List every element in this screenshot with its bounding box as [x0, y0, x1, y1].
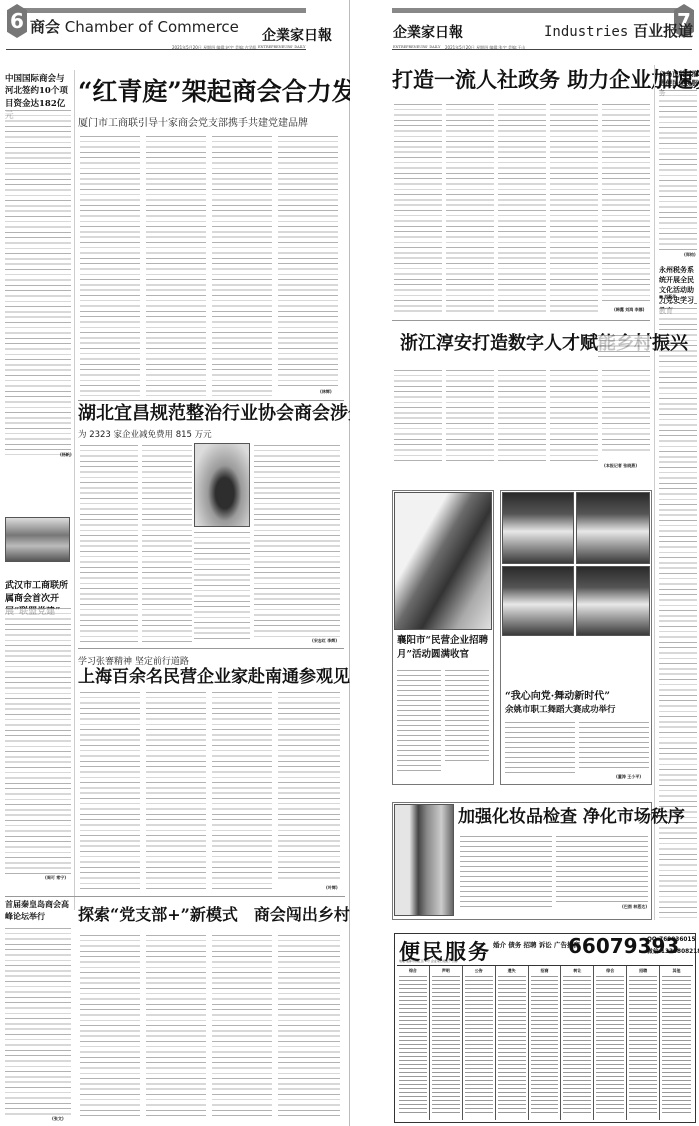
- side-story-2-photo: [5, 517, 70, 562]
- classifieds-listing: [596, 976, 624, 1116]
- lead-story-body-col2: [446, 104, 494, 314]
- story-3-body-col1: [460, 836, 552, 908]
- story-4-body-col2: [146, 935, 206, 1120]
- side-story-3-byline: (张文): [52, 1116, 64, 1122]
- section-title: 商会 Chamber of Commerce: [30, 16, 239, 37]
- side-story-2-byline: ■ 刘新华: [659, 294, 676, 300]
- story-3-headline: 加强化妆品检查 净化市场秩序: [458, 808, 685, 827]
- lead-story-subhead: 厦门市工商联引导十家商会党支部携手共建党建品牌: [78, 114, 308, 129]
- photo-story-2-subhead: 余姚市职工舞蹈大赛成功举行: [505, 704, 650, 716]
- photo-story-2-photo-2: [576, 492, 650, 564]
- section-title-cn: 百业报道: [633, 22, 693, 40]
- masthead-rule: [6, 49, 306, 50]
- classifieds-column: 遗失: [496, 966, 529, 1120]
- classifieds-column: 招商: [529, 966, 562, 1120]
- story-3-body-col2: [556, 836, 648, 902]
- lead-story-headline: 打造一流人社政务 助力企业加速发展: [392, 68, 699, 91]
- side-story-3-headline: 首届秦皇岛商会高峰论坛举行: [5, 899, 71, 922]
- newspaper-logo: 企業家日報: [262, 25, 332, 45]
- side-story-1-body: [659, 90, 697, 250]
- dashed-rule: [659, 303, 697, 304]
- story-2-body-col2: [446, 370, 494, 462]
- issue-meta: 2021年5月20日 星期四 编辑:赵宇 美编:吉学彪: [172, 45, 256, 51]
- section-rule: [5, 896, 345, 897]
- story-2-body-col1: [80, 445, 138, 645]
- story-2-body-col2: [142, 445, 192, 645]
- classifieds-column-head: 招聘: [629, 968, 657, 974]
- classifieds-listing: [629, 976, 657, 1116]
- masthead-bar: [392, 8, 682, 13]
- classifieds-categories: 婚介 债务 招聘 诉讼 广告招商: [493, 940, 580, 949]
- classifieds-panel: 便民服务 婚介 债务 招聘 诉讼 广告招商 66079393 QQ:769036…: [394, 933, 696, 1123]
- story-2-photo: [194, 443, 250, 527]
- photo-story-1-body-col2: [445, 670, 489, 765]
- section-rule: [392, 320, 650, 321]
- lead-story-body-col3: [212, 136, 272, 396]
- classifieds-listing: [498, 976, 526, 1116]
- newspaper-logo-en: ENTREPRENEURS' DAILY: [258, 45, 306, 49]
- story-3-headline: 上海百余名民营企业家赴南通参观见学: [78, 668, 367, 687]
- side-story-1-byline: (杨帆): [60, 452, 72, 458]
- section-rule: [78, 400, 344, 401]
- story-3-body-col1: [80, 692, 140, 892]
- classifieds-column: 招聘: [627, 966, 660, 1120]
- classifieds-column-head: 综合: [596, 968, 624, 974]
- section-title-en: Chamber of Commerce: [65, 18, 239, 36]
- story-3-byline: (巴图 林恩达): [622, 904, 647, 910]
- photo-story-1-body-col1: [397, 670, 441, 775]
- lead-story-body-col5: [602, 104, 650, 304]
- story-2-body-col1: [394, 370, 442, 462]
- story-2-body-col3: [498, 370, 546, 462]
- left-page: 6 商会 Chamber of Commerce 2021年5月20日 星期四 …: [0, 0, 350, 1126]
- classifieds-column-head: 招商: [531, 968, 559, 974]
- photo-story-2-photo-4: [576, 566, 650, 636]
- lead-story-body-col1: [394, 104, 442, 314]
- lead-story-byline: (林辉): [320, 389, 332, 395]
- classifieds-column-head: 遗失: [498, 968, 526, 974]
- story-4-body-col1: [80, 935, 140, 1120]
- story-2-byline: (本报记者 张晓燕): [604, 463, 637, 469]
- side-story-2-body: [5, 608, 71, 878]
- photo-story-2-body-col2: [579, 722, 649, 772]
- classifieds-column: 转让: [561, 966, 594, 1120]
- photo-story-1-headline: 襄阳市“民营企业招聘月”活动圆满收官: [397, 634, 492, 662]
- column-divider: [654, 65, 655, 920]
- lead-story-body-col4: [278, 136, 338, 386]
- column-divider: [74, 70, 75, 910]
- classifieds-listing: [531, 976, 559, 1116]
- classifieds-column: 综合: [594, 966, 627, 1120]
- newspaper-logo-en: ENTREPRENEURS' DAILY: [393, 45, 441, 49]
- classifieds-listing: [563, 976, 591, 1116]
- story-4-body-col4: [278, 935, 340, 1120]
- story-3-photo: [394, 804, 454, 916]
- lead-story-body-col2: [146, 136, 206, 396]
- story-3-body-col2: [146, 692, 206, 892]
- story-4-body-col3: [212, 935, 272, 1120]
- classifieds-column: 综合: [397, 966, 430, 1120]
- photo-story-2-body-col1: [505, 722, 575, 777]
- masthead-rule: [392, 49, 692, 50]
- section-title-cn: 商会: [30, 18, 60, 36]
- classifieds-column: 声明: [430, 966, 463, 1120]
- photo-story-2-byline: (董涛 王小平): [616, 774, 641, 780]
- section-rule: [78, 648, 344, 649]
- section-title: Industries 百业报道: [544, 20, 693, 41]
- side-story-1-byline: (郑钧): [684, 252, 696, 258]
- story-3-byline: (叶辉): [326, 885, 338, 891]
- classifieds-column: 其他: [660, 966, 693, 1120]
- story-3-body-col3: [212, 692, 272, 892]
- classifieds-column-head: 其他: [662, 968, 691, 974]
- page-number-badge: 6: [7, 4, 27, 38]
- side-story-1-body: [5, 110, 71, 455]
- newspaper-logo: 企業家日報: [393, 22, 463, 42]
- lead-story-body-col4: [550, 104, 598, 314]
- classifieds-listing: [662, 976, 691, 1116]
- story-2-subhead: 为 2323 家企业减免费用 815 万元: [78, 428, 212, 440]
- section-title-en: Industries: [544, 24, 628, 40]
- lead-story-byline: (韩露 刘鸿 李娜): [614, 307, 644, 313]
- story-2-body-col4: [254, 445, 340, 640]
- classifieds-address: 地址:成都市锦江区 2号 企业家日报社广告部: [399, 959, 458, 963]
- story-2-byline: (宋志红 李辉): [312, 638, 337, 644]
- classifieds-wechat: 微信:13308082189: [647, 946, 699, 955]
- story-2-body-col3: [194, 532, 250, 642]
- classifieds-column-head: 公告: [465, 968, 493, 974]
- classifieds-grid: 综合 声明 公告 遗失 招商 转让 综合 招聘 其他: [397, 965, 693, 1120]
- classifieds-listing: [399, 976, 427, 1116]
- story-2-body-col5: [602, 370, 650, 455]
- story-3-kicker: 学习张謇精神 坚定前行道路: [78, 654, 189, 667]
- masthead-bar: [10, 8, 306, 13]
- classifieds-column-head: 转让: [563, 968, 591, 974]
- classifieds-column-head: 综合: [399, 968, 427, 974]
- story-2-body-col4: [550, 370, 598, 462]
- issue-meta: 2021年5月20日 星期四 编辑:张宇 美编:王山: [445, 45, 525, 51]
- classifieds-qq: QQ:769036015: [647, 937, 695, 943]
- classifieds-listing: [432, 976, 460, 1116]
- photo-story-2-photo-3: [502, 566, 574, 636]
- lead-story-body-col1: [80, 136, 140, 396]
- lead-story-body-col3: [498, 104, 546, 314]
- classifieds-listing: [465, 976, 493, 1116]
- classifieds-column: 公告: [463, 966, 496, 1120]
- classifieds-column-head: 声明: [432, 968, 460, 974]
- story-3-body-col4: [278, 692, 340, 882]
- story-2-body-intro: [598, 335, 650, 359]
- side-story-3-body: [5, 928, 71, 1118]
- photo-story-1-photo: [394, 492, 492, 630]
- photo-story-2-photo-1: [502, 492, 574, 564]
- side-story-2-byline: (周可 常宁): [45, 875, 66, 881]
- photo-story-2-headline: “我心向党·舞动新时代”: [505, 690, 650, 705]
